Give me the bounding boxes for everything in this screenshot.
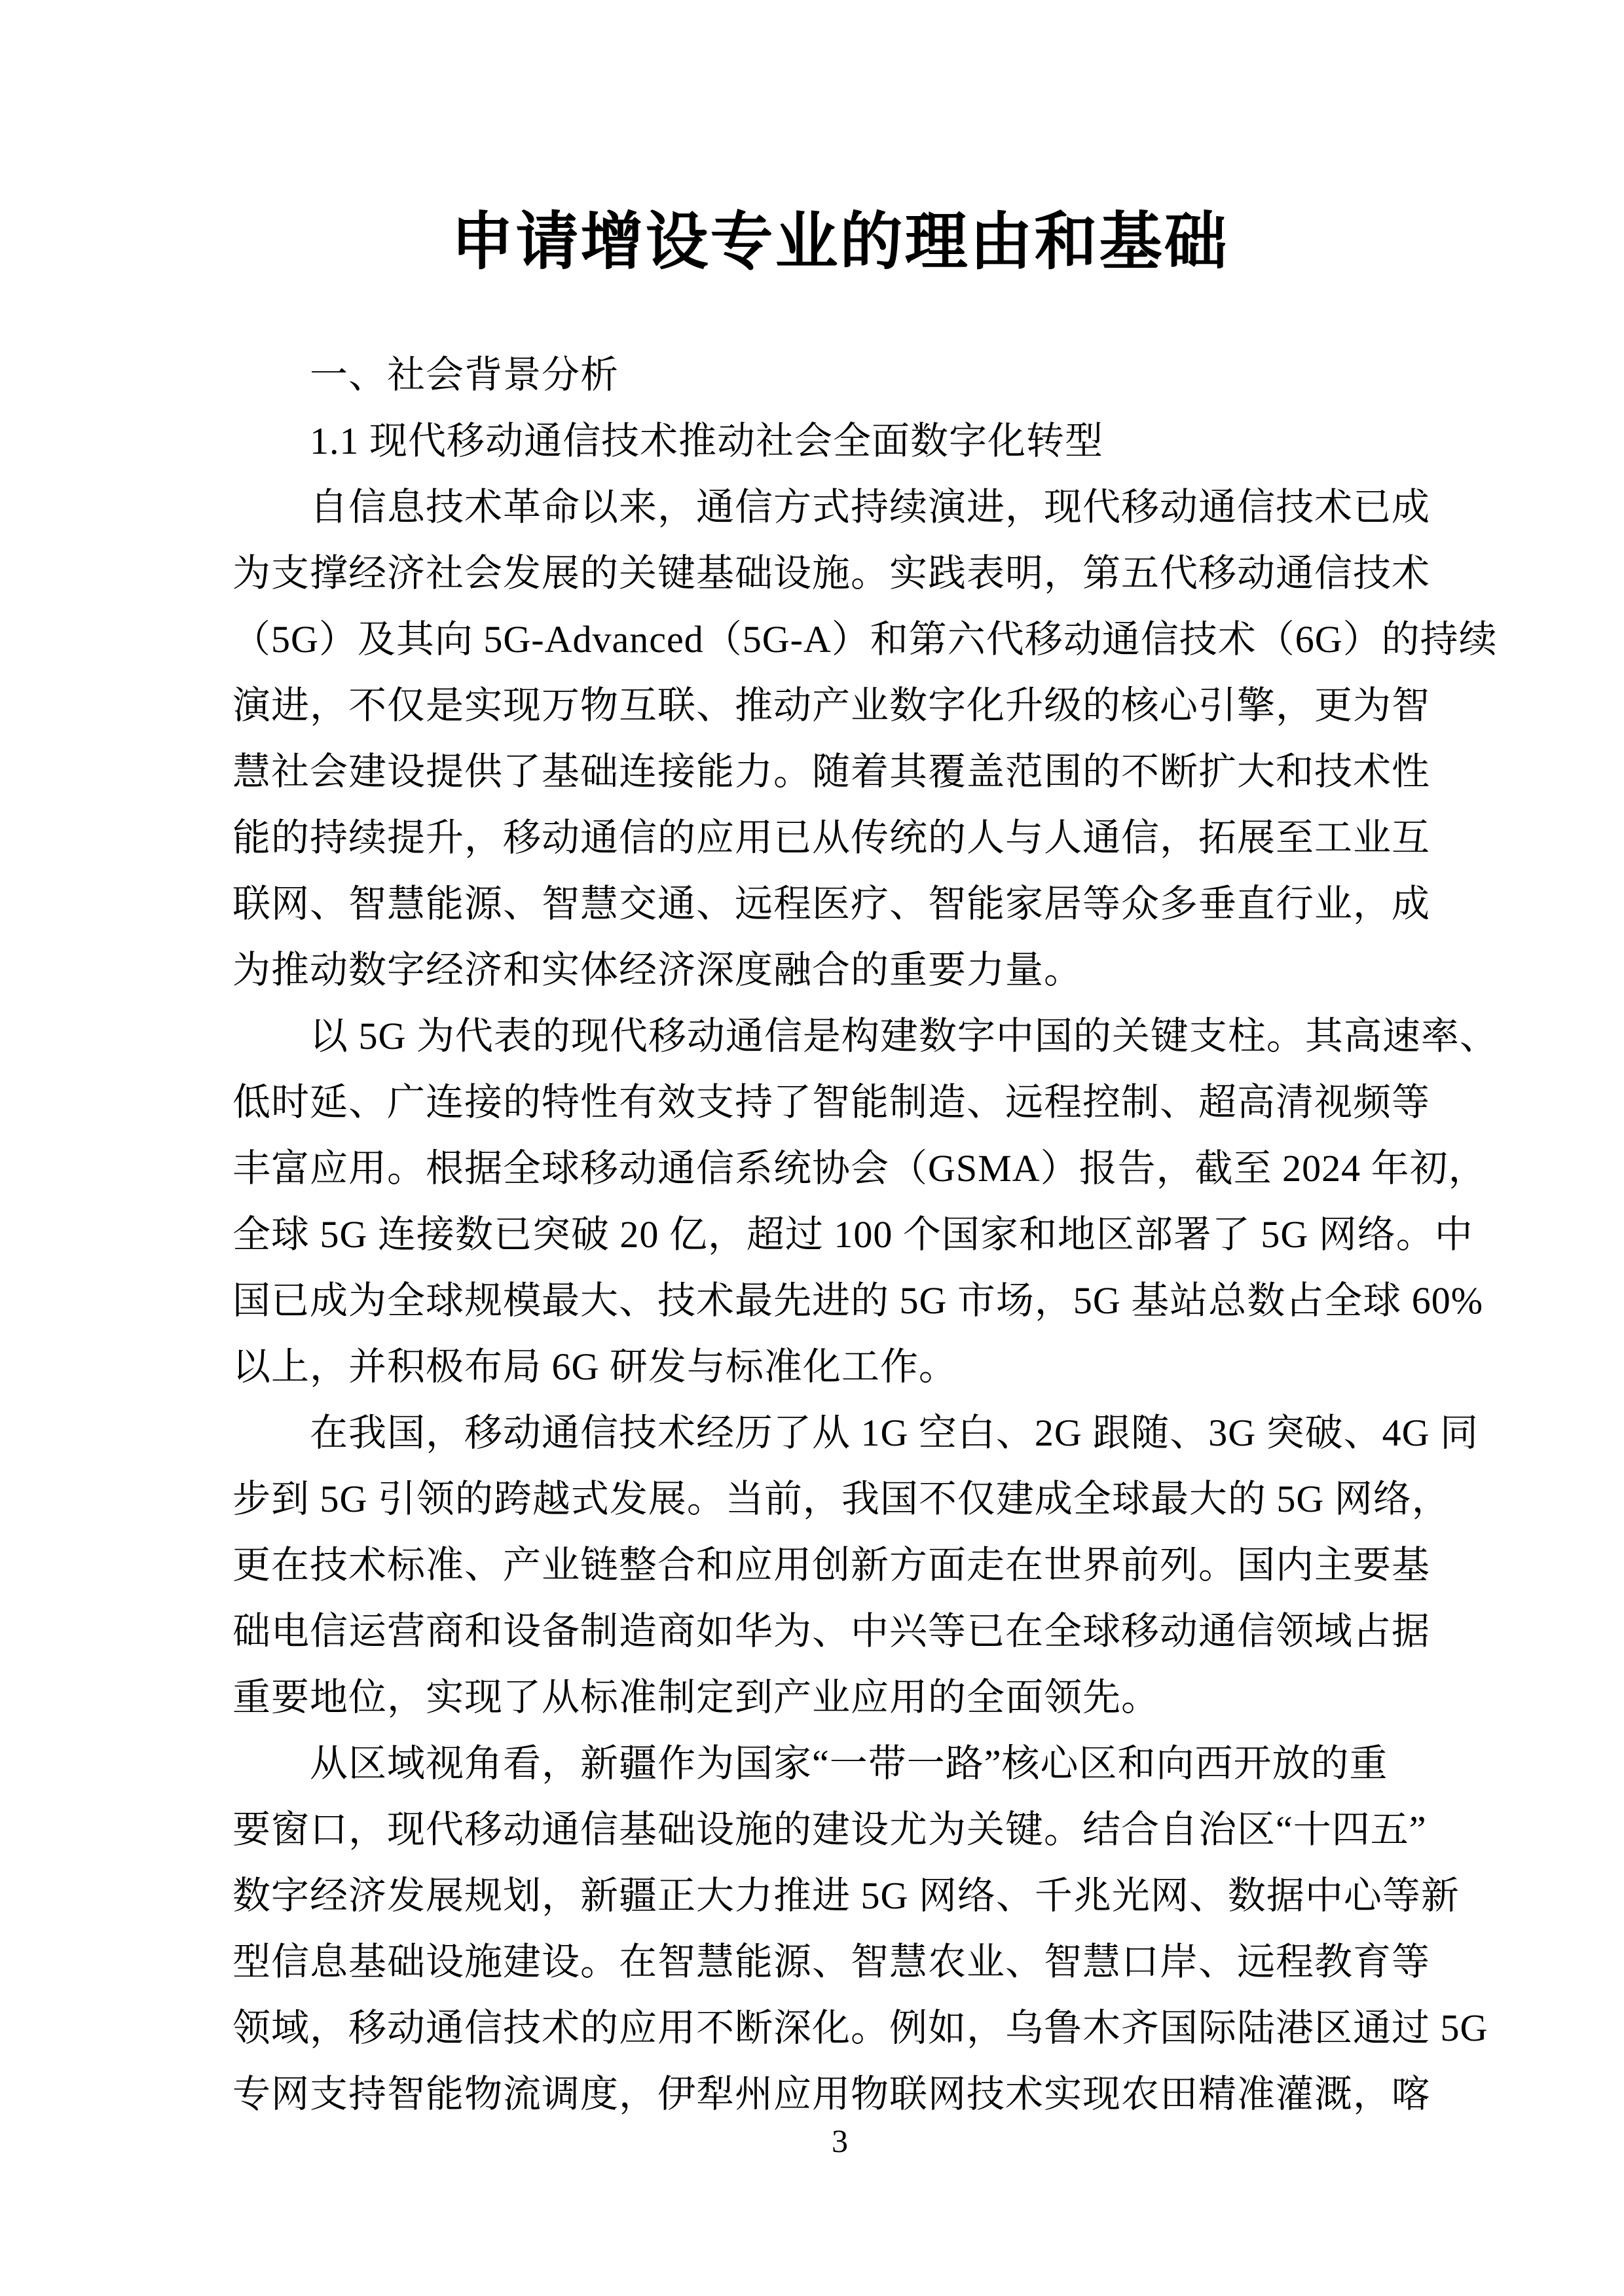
text-line: 在我国，移动通信技术经历了从 1G 空白、2G 跟随、3G 突破、4G 同 — [232, 1400, 1624, 1466]
text-line: 以 5G 为代表的现代移动通信是构建数字中国的关键支柱。其高速率、 — [232, 1003, 1624, 1069]
document-body: 一、社会背景分析 1.1 现代移动通信技术推动社会全面数字化转型 自信息技术革命… — [232, 342, 1624, 2127]
subsection-heading: 1.1 现代移动通信技术推动社会全面数字化转型 — [232, 408, 1624, 474]
text-line: 自信息技术革命以来，通信方式持续演进，现代移动通信技术已成 — [232, 474, 1624, 540]
text-line: 专网支持智能物流调度，伊犁州应用物联网技术实现农田精准灌溉，喀 — [232, 2061, 1624, 2127]
page-number: 3 — [232, 2121, 1447, 2160]
text-line: 要窗口，现代移动通信基础设施的建设尤为关键。结合自治区“十四五” — [232, 1796, 1624, 1863]
text-line: （5G）及其向 5G-Advanced（5G-A）和第六代移动通信技术（6G）的… — [232, 606, 1624, 672]
text-line: 低时延、广连接的特性有效支持了智能制造、远程控制、超高清视频等 — [232, 1069, 1624, 1135]
text-line: 以上，并积极布局 6G 研发与标准化工作。 — [232, 1334, 1624, 1400]
text-line: 国已成为全球规模最大、技术最先进的 5G 市场，5G 基站总数占全球 60% — [232, 1267, 1624, 1334]
text-line: 步到 5G 引领的跨越式发展。当前，我国不仅建成全球最大的 5G 网络， — [232, 1466, 1624, 1532]
paragraph-lines: 自信息技术革命以来，通信方式持续演进，现代移动通信技术已成为支撑经济社会发展的关… — [232, 474, 1624, 2127]
text-line: 重要地位，实现了从标准制定到产业应用的全面领先。 — [232, 1664, 1624, 1730]
document-page: 申请增设专业的理由和基础 一、社会背景分析 1.1 现代移动通信技术推动社会全面… — [0, 0, 1624, 2296]
text-line: 更在技术标准、产业链整合和应用创新方面走在世界前列。国内主要基 — [232, 1532, 1624, 1598]
section-heading: 一、社会背景分析 — [232, 342, 1624, 408]
text-line: 领域，移动通信技术的应用不断深化。例如，乌鲁木齐国际陆港区通过 5G — [232, 1995, 1624, 2061]
text-line: 演进，不仅是实现万物互联、推动产业数字化升级的核心引擎，更为智 — [232, 672, 1624, 738]
text-line: 型信息基础设施建设。在智慧能源、智慧农业、智慧口岸、远程教育等 — [232, 1929, 1624, 1995]
text-line: 联网、智慧能源、智慧交通、远程医疗、智能家居等众多垂直行业，成 — [232, 871, 1624, 937]
text-line: 丰富应用。根据全球移动通信系统协会（GSMA）报告，截至 2024 年初， — [232, 1135, 1624, 1201]
text-line: 础电信运营商和设备制造商如华为、中兴等已在全球移动通信领域占据 — [232, 1598, 1624, 1664]
text-line: 能的持续提升，移动通信的应用已从传统的人与人通信，拓展至工业互 — [232, 805, 1624, 871]
text-line: 全球 5G 连接数已突破 20 亿，超过 100 个国家和地区部署了 5G 网络… — [232, 1201, 1624, 1267]
text-line: 数字经济发展规划，新疆正大力推进 5G 网络、千兆光网、数据中心等新 — [232, 1863, 1624, 1929]
text-line: 为推动数字经济和实体经济深度融合的重要力量。 — [232, 937, 1624, 1003]
document-title: 申请增设专业的理由和基础 — [232, 193, 1447, 291]
text-line: 从区域视角看，新疆作为国家“一带一路”核心区和向西开放的重 — [232, 1730, 1624, 1796]
text-line: 为支撑经济社会发展的关键基础设施。实践表明，第五代移动通信技术 — [232, 540, 1624, 606]
text-line: 慧社会建设提供了基础连接能力。随着其覆盖范围的不断扩大和技术性 — [232, 738, 1624, 805]
